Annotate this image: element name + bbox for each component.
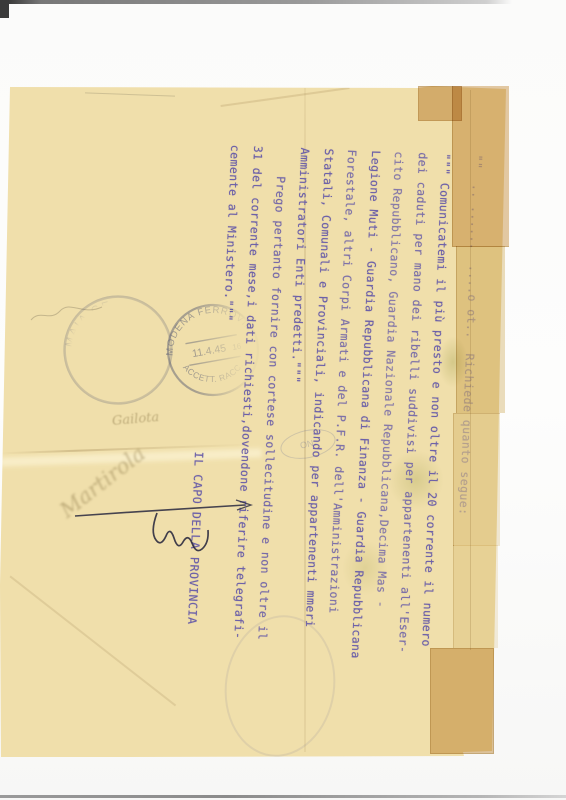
signature-stroke: [40, 455, 300, 585]
postmark-stamp-partial: MAIA CE CET. RAC: [54, 286, 181, 413]
partial-stamp-bottom-text: CET. RAC: [83, 362, 145, 395]
typed-body: """ Comunicatemi il più presto e non olt…: [200, 144, 457, 713]
tape-strip-3: [453, 413, 500, 546]
postmark-date: 11.4.45: [191, 342, 227, 360]
tape-strip-bottom-right: [430, 648, 494, 754]
tape-strip-2: [456, 246, 505, 413]
postmark-arc-bottom-text: ACCETT. RACC.: [180, 353, 247, 390]
tape-seam-line: [470, 90, 471, 650]
typed-text-block: "" .. ...... ....o ot.. Richiede quanto …: [200, 144, 489, 714]
scanner-corner-shadow: [0, 0, 9, 18]
scanner-edge-bottom: [0, 795, 566, 798]
fold-crease-diagonal-bottom: [10, 576, 176, 706]
scanned-letter-page: ON. Martirola Gailota "" .. ...... ....o…: [0, 0, 566, 800]
fold-crease-diagonal-top: [221, 87, 350, 107]
tape-strip-4: [453, 545, 498, 648]
postmark-hour: 16: [232, 342, 243, 353]
scanner-edge-top: [0, 0, 512, 4]
svg-text:ACCETT. RACC.: ACCETT. RACC.: [180, 353, 247, 390]
svg-text:CET. RAC: CET. RAC: [83, 362, 145, 395]
pencil-mark: [85, 92, 175, 96]
tape-patch-corner: [418, 86, 462, 121]
